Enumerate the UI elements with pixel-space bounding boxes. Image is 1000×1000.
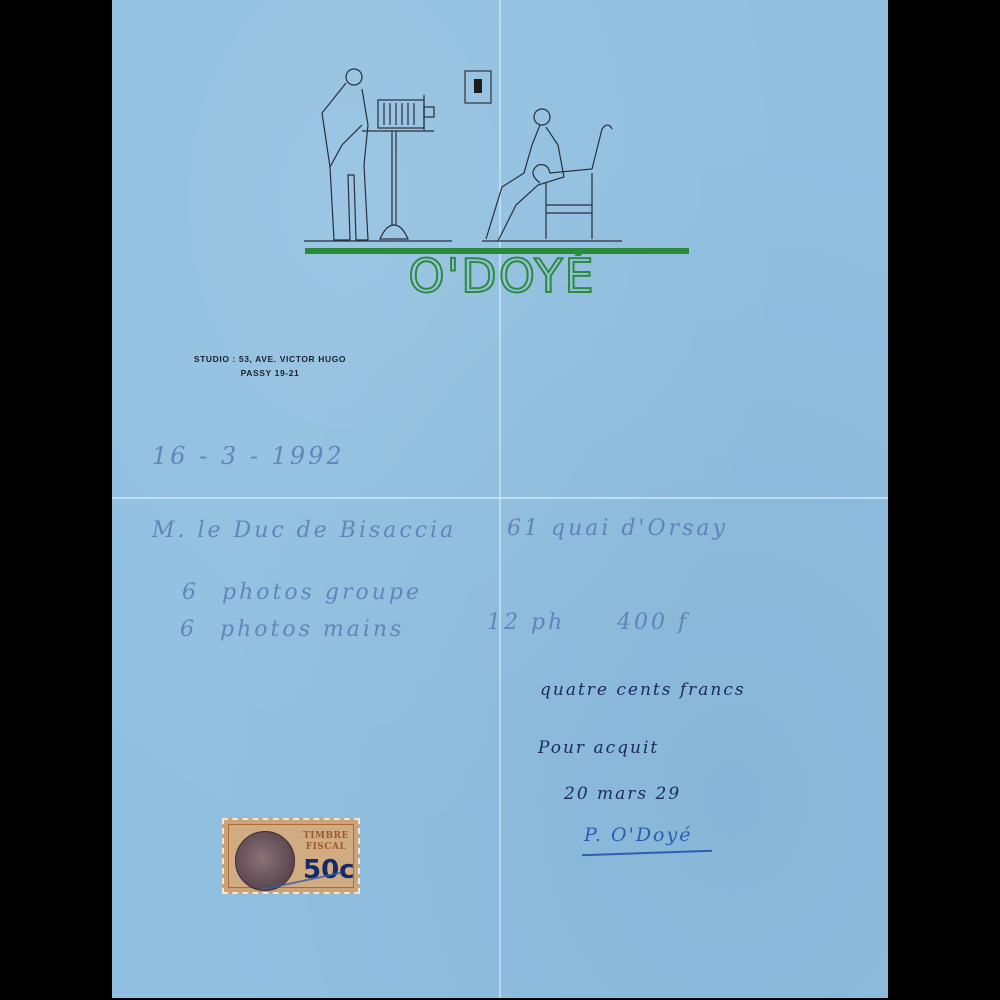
stamp-title-line-2: FISCAL [295, 842, 357, 853]
stamp-frame: TIMBRE FISCAL 50c [228, 824, 354, 888]
stamp-title-line-1: TIMBRE [295, 831, 357, 842]
handwritten-recipient: M. le Duc de Bisaccia [152, 518, 456, 543]
receipt-note: Pour acquit [538, 738, 659, 758]
address-line-1: STUDIO : 53, AVE. VICTOR HUGO [190, 352, 350, 366]
receipt-date: 20 mars 29 [564, 784, 681, 804]
amount-in-words: quatre cents francs [540, 680, 746, 700]
handwritten-date: 16 - 3 - 1992 [152, 442, 345, 470]
letterhead: O'DOYÉ [302, 55, 702, 305]
item-2-qty: 6 [180, 617, 197, 642]
handwritten-recipient-address: 61 quai d'Orsay [507, 516, 728, 541]
amount: 400 f [617, 610, 689, 635]
marianne-coin-icon [235, 831, 295, 891]
letter-paper: O'DOYÉ STUDIO : 53, AVE. VICTOR HUGO PAS… [112, 0, 888, 998]
item-1-description: photos groupe [222, 580, 422, 605]
signature-underline [582, 850, 712, 857]
stamp-title: TIMBRE FISCAL [295, 831, 357, 853]
address-line-2: PASSY 19-21 [190, 366, 350, 380]
signature: P. O'Doyé [584, 824, 692, 846]
stamp-value: 50c [303, 855, 355, 885]
studio-address: STUDIO : 53, AVE. VICTOR HUGO PASSY 19-2… [190, 352, 350, 380]
subtotal-note: 12 ph [487, 610, 565, 635]
brand-logo: O'DOYÉ [302, 249, 702, 303]
horizontal-fold [112, 497, 888, 499]
photographer-illustration-icon [302, 55, 702, 255]
item-1-qty: 6 [182, 580, 199, 605]
item-2-description: photos mains [220, 617, 404, 642]
